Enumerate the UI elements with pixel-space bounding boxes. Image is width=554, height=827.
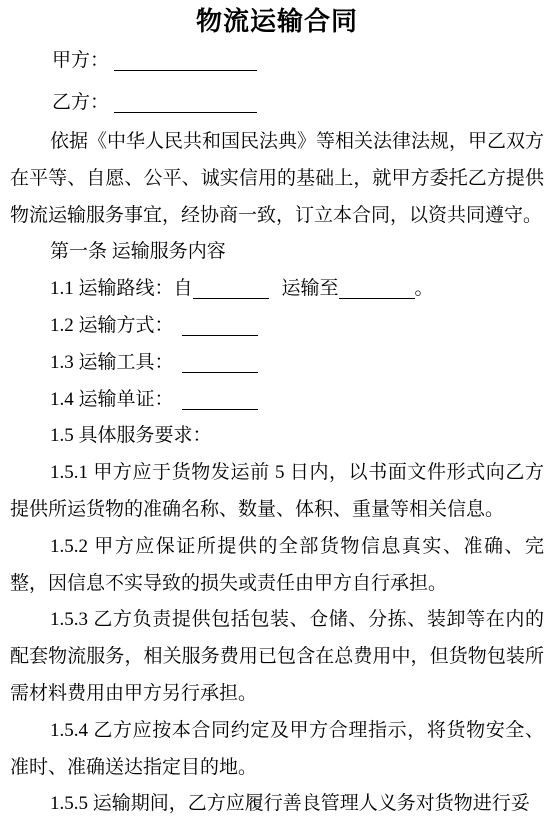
- clause-1-5-5: 1.5.5 运输期间，乙方应履行善良管理人义务对货物进行妥: [10, 786, 544, 823]
- party-a-line: 甲方：: [10, 40, 544, 82]
- document-title: 物流运输合同: [10, 4, 544, 40]
- clause-1-5-3: 1.5.3 乙方负责提供包括包装、仓储、分拣、装卸等在内的配套物流服务，相关服务…: [10, 602, 544, 712]
- party-a-label: 甲方：: [52, 50, 109, 71]
- clause-1-1-suffix: 。: [415, 278, 434, 299]
- clause-1-1-blank-to: [339, 284, 415, 299]
- clause-1-4-text: 1.4 运输单证：: [50, 389, 174, 410]
- clause-1-2: 1.2 运输方式：: [10, 308, 544, 345]
- clause-1-1-prefix: 1.1 运输路线：自: [50, 278, 193, 299]
- clause-1-2-blank: [182, 321, 258, 336]
- party-b-line: 乙方：: [10, 82, 544, 124]
- preamble-paragraph: 依据《中华人民共和国民法典》等相关法律法规，甲乙双方在平等、自愿、公平、诚实信用…: [10, 124, 544, 234]
- clause-1-5-4: 1.5.4 乙方应按本合同约定及甲方合理指示，将货物安全、准时、准确送达指定目的…: [10, 713, 544, 787]
- clause-1-3-blank: [182, 358, 258, 373]
- clause-1-1-blank-from: [193, 284, 269, 299]
- clause-1-1: 1.1 运输路线：自运输至。: [10, 271, 544, 308]
- clause-1-3-text: 1.3 运输工具：: [50, 352, 174, 373]
- clause-1-4-blank: [182, 395, 258, 410]
- party-b-label: 乙方：: [52, 92, 109, 113]
- party-a-blank: [114, 56, 257, 71]
- clause-1-3: 1.3 运输工具：: [10, 345, 544, 382]
- clause-1-5-2: 1.5.2 甲方应保证所提供的全部货物信息真实、准确、完整，因信息不实导致的损失…: [10, 529, 544, 603]
- contract-page: 物流运输合同 甲方： 乙方： 依据《中华人民共和国民法典》等相关法律法规，甲乙双…: [0, 0, 554, 827]
- article-1-heading: 第一条 运输服务内容: [10, 234, 544, 271]
- clause-1-4: 1.4 运输单证：: [10, 382, 544, 419]
- clause-1-2-text: 1.2 运输方式：: [50, 315, 174, 336]
- party-b-blank: [114, 98, 257, 113]
- clause-1-5-1: 1.5.1 甲方应于货物发运前 5 日内，以书面文件形式向乙方提供所运货物的准确…: [10, 455, 544, 529]
- clause-1-5: 1.5 具体服务要求：: [10, 418, 544, 455]
- clause-1-1-middle: 运输至: [282, 278, 339, 299]
